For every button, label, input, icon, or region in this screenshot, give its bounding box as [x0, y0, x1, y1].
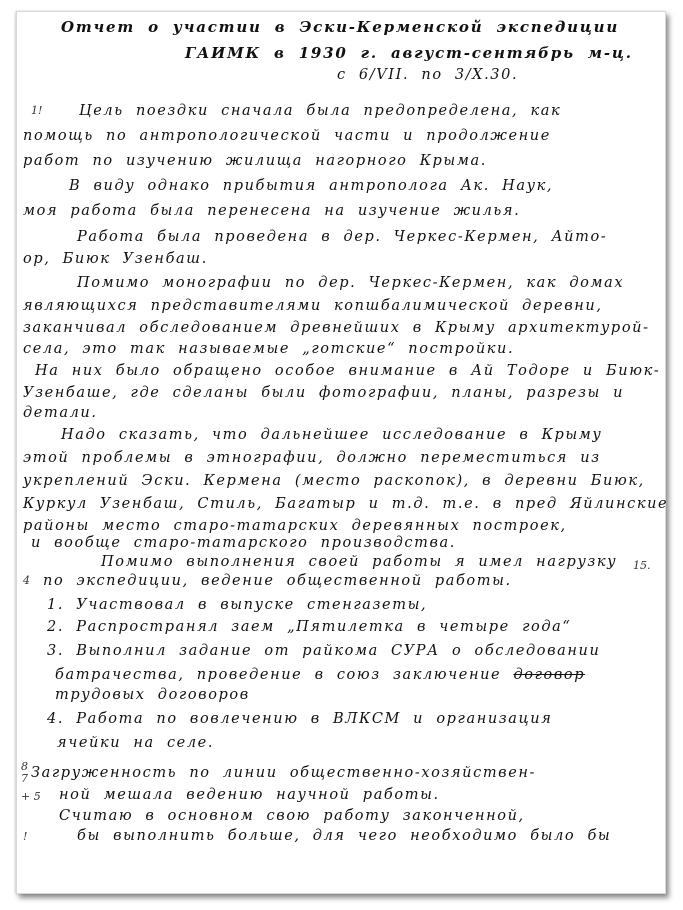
- body-line: Куркул Узенбаш, Стиль, Багатыр и т.д. т.…: [23, 495, 668, 513]
- body-line: Надо сказать, что дальнейшее исследовани…: [61, 426, 602, 444]
- margin-note-left: !: [23, 830, 27, 843]
- list-item: ячейки на селе.: [57, 734, 214, 752]
- body-line: На них было обращено особое внимание в А…: [35, 362, 660, 380]
- body-line: Узенбаше, где сделаны были фотографии, п…: [23, 384, 624, 402]
- document-page: Отчет о участии в Эски-Керменской экспед…: [16, 11, 666, 894]
- closing-line: ной мешала ведению научной работы.: [59, 786, 440, 804]
- body-line: заканчивал обследованием древнейших в Кр…: [23, 319, 650, 337]
- closing-line: Считаю в основном свою работу законченно…: [59, 807, 525, 825]
- body-line: В виду однако прибытия антрополога Ак. Н…: [69, 177, 553, 195]
- body-line: Работа была проведена в дер. Черкес-Керм…: [77, 228, 607, 246]
- struck-word: договор: [513, 667, 585, 683]
- body-line: работ по изучению жилища нагорного Крыма…: [23, 152, 487, 170]
- list-item: 4. Работа по вовлечению в ВЛКСМ и органи…: [47, 710, 552, 728]
- body-line: районы место старо-татарских деревянных …: [23, 517, 567, 535]
- body-line: по экспедиции, ведение общественной рабо…: [43, 572, 512, 590]
- body-line: Помимо монографии по дер. Черкес-Кермен,…: [77, 274, 624, 292]
- list-item: 3. Выполнил задание от райкома СУРА о об…: [47, 642, 600, 660]
- list-item: 2. Распространял заем „Пятилетка в четыр…: [47, 618, 571, 636]
- report-title-line-1: Отчет о участии в Эски-Керменской экспед…: [61, 18, 619, 36]
- margin-note-left: 4: [23, 574, 30, 587]
- margin-note-left: + 5: [21, 790, 41, 803]
- list-item: трудовых договоров: [55, 686, 250, 704]
- closing-line: Загруженность по линии общественно-хозяй…: [31, 764, 536, 782]
- body-line: Помимо выполнения своей работы я имел на…: [101, 553, 617, 571]
- list-item: 1. Участвовал в выпуске стенгазеты,: [47, 596, 427, 614]
- body-line: этой проблемы в этнографии, должно перем…: [23, 449, 601, 467]
- list-item: батрачества, проведение в союз заключени…: [55, 666, 585, 684]
- margin-note-left: 7: [21, 772, 28, 785]
- closing-line: бы выполнить больше, для чего необходимо…: [77, 827, 611, 845]
- body-line: детали.: [23, 404, 98, 422]
- body-line: укреплений Эски. Кермена (место раскопок…: [23, 472, 645, 490]
- report-title-line-2: ГАИМК в 1930 г. август-сентябрь м-ц.: [185, 44, 633, 62]
- list-item-text: батрачества, проведение в союз заключени…: [55, 667, 501, 683]
- body-line: моя работа была перенесена на изучение ж…: [23, 202, 520, 220]
- body-line: Цель поездки сначала была предопределена…: [79, 102, 561, 120]
- body-line: ор, Биюк Узенбаш.: [23, 250, 208, 268]
- body-line: помощь по антропологической части и прод…: [23, 127, 551, 145]
- body-line: и вообще старо-татарского производства.: [31, 534, 456, 552]
- margin-note-top-left: 1!: [31, 104, 42, 117]
- body-line: являющихся представителями копшбалимичес…: [23, 297, 603, 315]
- margin-note-page-number: 15.: [633, 559, 651, 572]
- report-date-range: с 6/VII. по 3/Х.30.: [337, 66, 518, 84]
- body-line: села, это так называемые „готские“ постр…: [23, 340, 514, 358]
